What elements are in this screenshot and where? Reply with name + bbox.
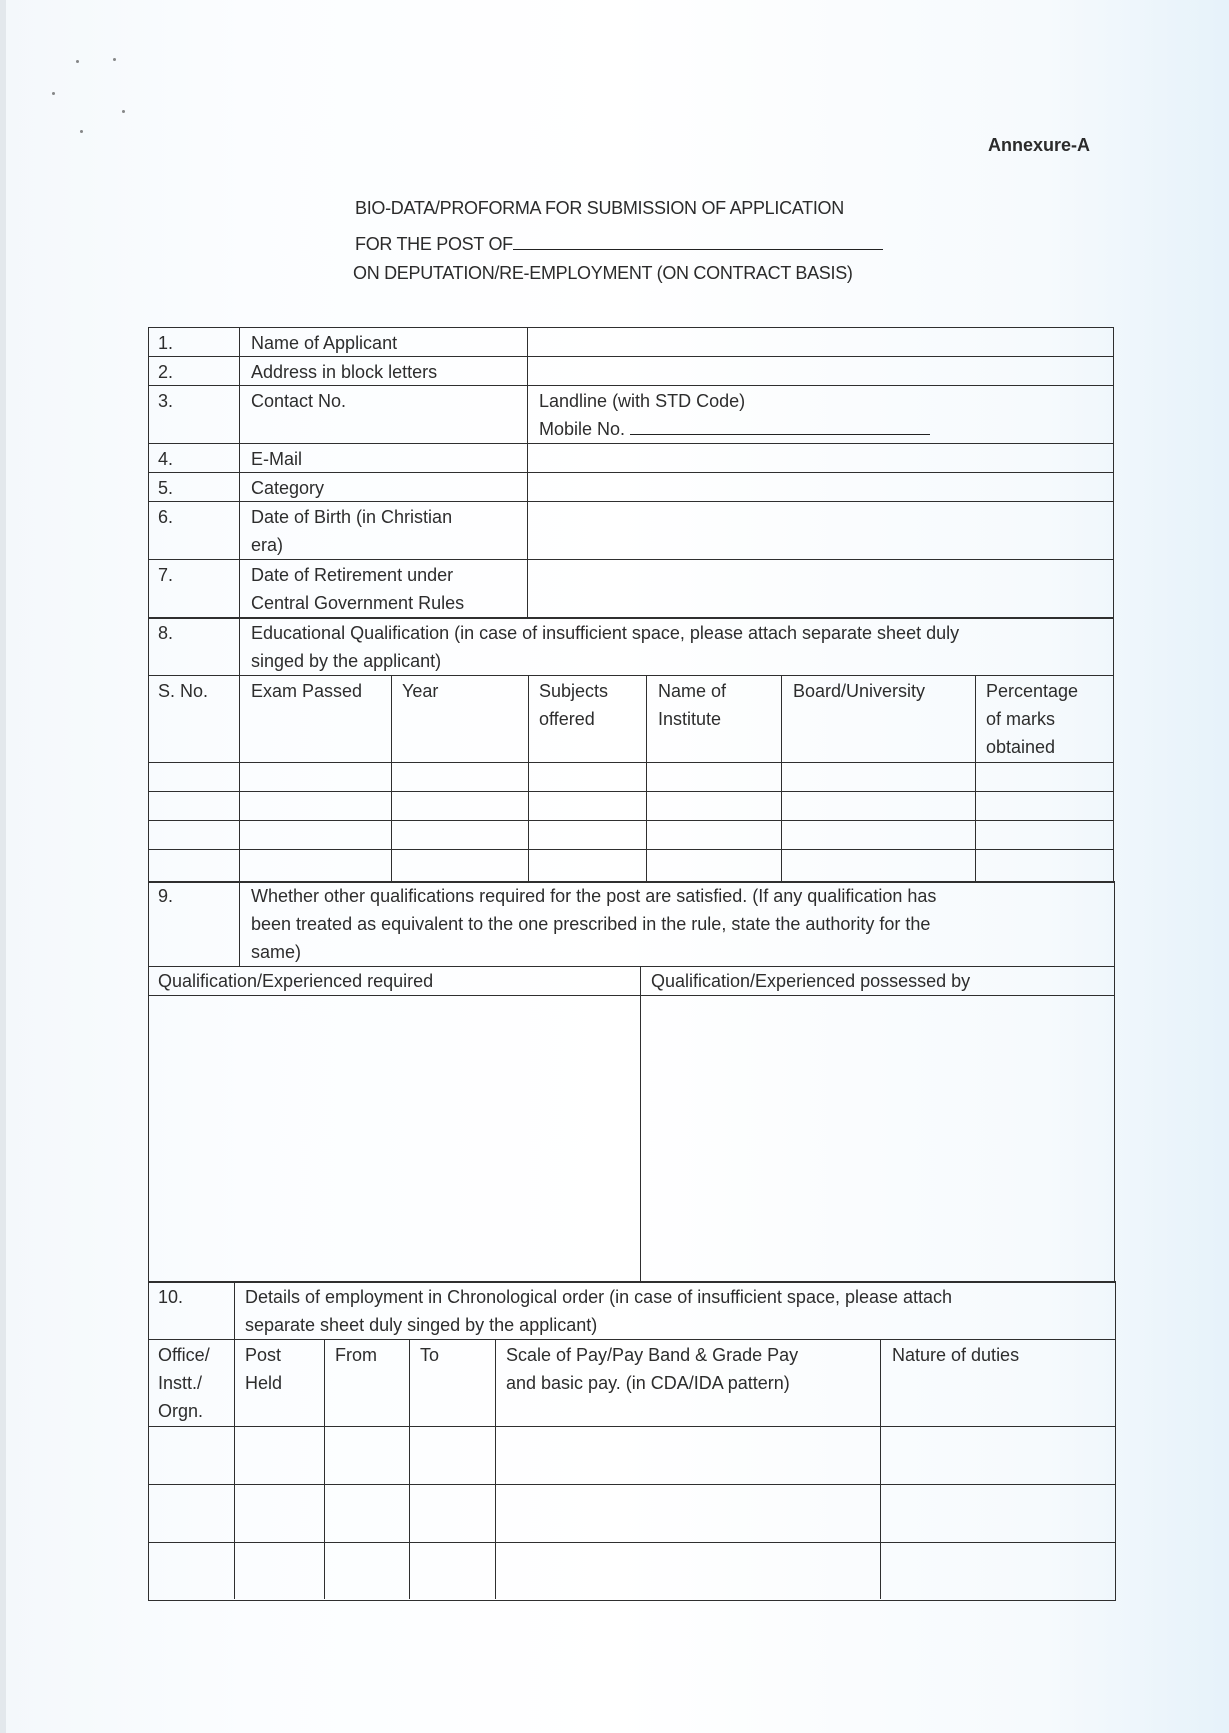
- col-header-office: Office/: [158, 1341, 210, 1369]
- col-header-from: From: [335, 1341, 377, 1369]
- date-of-retirement-field[interactable]: [529, 560, 1111, 616]
- col-divider: [239, 327, 240, 617]
- scan-speck: [122, 110, 125, 113]
- col-header-exam-passed: Exam Passed: [251, 677, 362, 705]
- post-of-label: FOR THE POST OF: [355, 234, 513, 254]
- landline-label: Landline (with STD Code): [539, 387, 745, 415]
- col-header-sno: S. No.: [158, 677, 208, 705]
- qualification-possessed-field[interactable]: [642, 996, 1112, 1280]
- employment-heading-cont: separate sheet duly singed by the applic…: [245, 1311, 597, 1339]
- col-header-scale-of-pay-cont: and basic pay. (in CDA/IDA pattern): [506, 1369, 790, 1397]
- employment-heading: Details of employment in Chronological o…: [245, 1283, 952, 1311]
- col-header-subjects: Subjects: [539, 677, 608, 705]
- col-header-post-cont: Held: [245, 1369, 282, 1397]
- education-heading: Educational Qualification (in case of in…: [251, 619, 959, 647]
- col-header-percentage-cont2: obtained: [986, 733, 1055, 761]
- address-label: Address in block letters: [251, 358, 437, 386]
- email-label: E-Mail: [251, 445, 302, 473]
- row-number: 5.: [158, 474, 173, 502]
- col-header-percentage-cont: of marks: [986, 705, 1055, 733]
- row-number: 1.: [158, 329, 173, 357]
- qualification-required-header: Qualification/Experienced required: [158, 967, 433, 995]
- form-title-line1: BIO-DATA/PROFORMA FOR SUBMISSION OF APPL…: [355, 198, 844, 219]
- col-header-board: Board/University: [793, 677, 925, 705]
- employment-row-1[interactable]: [149, 1427, 1113, 1484]
- name-of-applicant-field[interactable]: [529, 328, 1111, 356]
- row-number: 8.: [158, 619, 173, 647]
- mobile-row: Mobile No.: [539, 415, 930, 443]
- scan-speck: [80, 130, 83, 133]
- row-number: 3.: [158, 387, 173, 415]
- date-of-birth-field[interactable]: [529, 502, 1111, 558]
- scan-speck: [52, 92, 55, 95]
- other-qual-heading-cont2: same): [251, 938, 301, 966]
- scan-speck: [113, 58, 116, 61]
- col-header-post: Post: [245, 1341, 281, 1369]
- col-header-office-cont: Instt./: [158, 1369, 202, 1397]
- col-header-to: To: [420, 1341, 439, 1369]
- education-row-2[interactable]: [149, 792, 1111, 820]
- education-row-3[interactable]: [149, 821, 1111, 849]
- scan-speck: [76, 60, 79, 63]
- col-header-scale-of-pay: Scale of Pay/Pay Band & Grade Pay: [506, 1341, 798, 1369]
- qualification-possessed-header: Qualification/Experienced possessed by: [651, 967, 970, 995]
- name-of-applicant-label: Name of Applicant: [251, 329, 397, 357]
- category-field[interactable]: [529, 473, 1111, 501]
- category-label: Category: [251, 474, 324, 502]
- date-of-retirement-label-cont: Central Government Rules: [251, 589, 464, 617]
- post-name-blank-field[interactable]: [513, 231, 883, 250]
- form-title-line2: FOR THE POST OF: [355, 231, 883, 255]
- education-heading-cont: singed by the applicant): [251, 647, 441, 675]
- employment-row-3[interactable]: [149, 1543, 1113, 1599]
- other-qual-heading: Whether other qualifications required fo…: [251, 882, 936, 910]
- col-header-institute-cont: Institute: [658, 705, 721, 733]
- col-header-percentage: Percentage: [986, 677, 1078, 705]
- date-of-birth-label-cont: era): [251, 531, 283, 559]
- col-divider: [239, 881, 240, 966]
- email-field[interactable]: [529, 444, 1111, 472]
- contact-no-label: Contact No.: [251, 387, 346, 415]
- col-header-subjects-cont: offered: [539, 705, 595, 733]
- row-number: 10.: [158, 1283, 183, 1311]
- qualification-required-field[interactable]: [149, 996, 639, 1280]
- col-header-nature-of-duties: Nature of duties: [892, 1341, 1019, 1369]
- mobile-label: Mobile No.: [539, 419, 625, 439]
- address-field[interactable]: [529, 357, 1111, 385]
- row-number: 9.: [158, 882, 173, 910]
- mobile-no-field[interactable]: [630, 418, 930, 435]
- annexure-label: Annexure-A: [988, 135, 1090, 156]
- col-header-year: Year: [402, 677, 438, 705]
- other-qual-heading-cont: been treated as equivalent to the one pr…: [251, 910, 930, 938]
- date-of-retirement-label: Date of Retirement under: [251, 561, 453, 589]
- form-title-line3: ON DEPUTATION/RE-EMPLOYMENT (ON CONTRACT…: [353, 263, 853, 284]
- row-number: 2.: [158, 358, 173, 386]
- col-header-office-cont2: Orgn.: [158, 1397, 203, 1425]
- employment-row-2[interactable]: [149, 1485, 1113, 1542]
- col-header-institute: Name of: [658, 677, 726, 705]
- date-of-birth-label: Date of Birth (in Christian: [251, 503, 452, 531]
- education-row-1[interactable]: [149, 763, 1111, 791]
- scan-fold-edge: [0, 0, 6, 1733]
- education-row-4[interactable]: [149, 850, 1111, 880]
- row-number: 6.: [158, 503, 173, 531]
- row-number: 7.: [158, 561, 173, 589]
- row-number: 4.: [158, 445, 173, 473]
